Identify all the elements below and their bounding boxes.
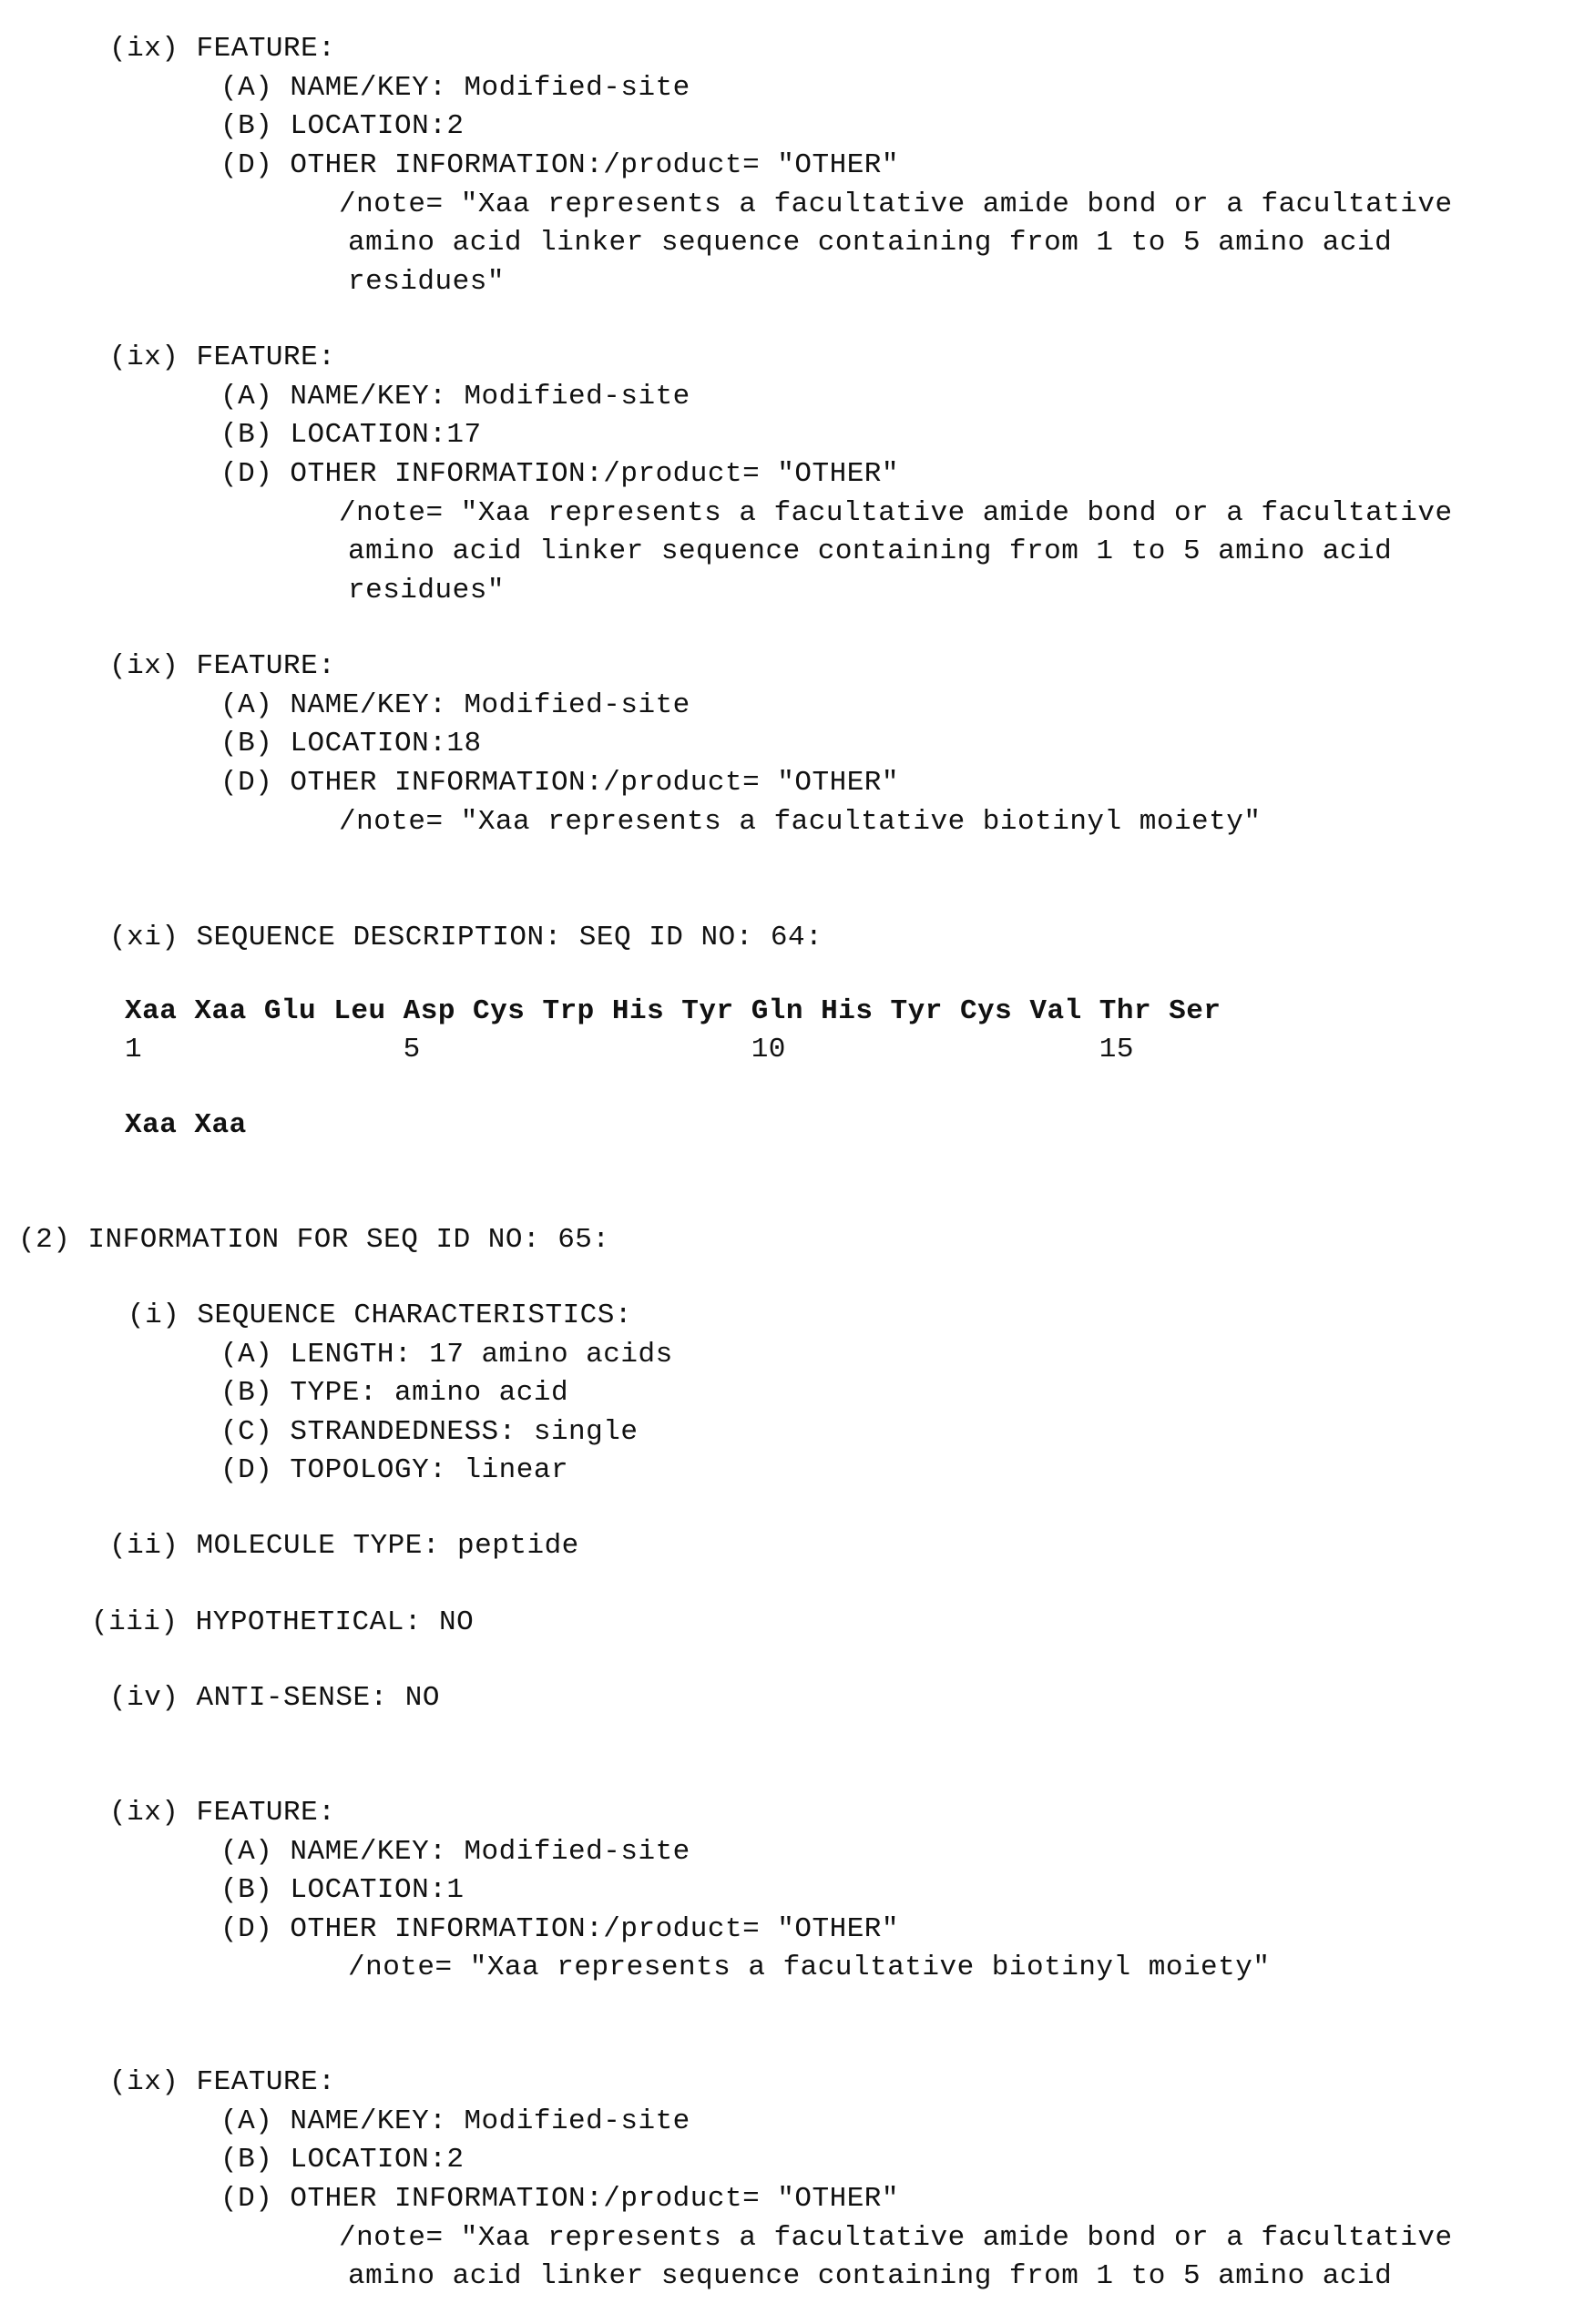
text-line: (B) LOCATION:18 xyxy=(220,728,482,760)
text-line: (B) TYPE: amino acid xyxy=(220,1377,568,1410)
text-line: (D) OTHER INFORMATION:/product= "OTHER" xyxy=(220,1913,899,1946)
text-line: (A) NAME/KEY: Modified-site xyxy=(220,689,690,722)
text-line: (xi) SEQUENCE DESCRIPTION: SEQ ID NO: 64… xyxy=(109,922,823,954)
text-line: (A) LENGTH: 17 amino acids xyxy=(220,1339,673,1371)
text-line: (D) OTHER INFORMATION:/product= "OTHER" xyxy=(220,149,899,182)
text-line: (B) LOCATION:1 xyxy=(220,1874,464,1907)
text-line: amino acid linker sequence containing fr… xyxy=(348,535,1392,568)
text-line: (ii) MOLECULE TYPE: peptide xyxy=(109,1530,579,1563)
text-line: (A) NAME/KEY: Modified-site xyxy=(220,1836,690,1869)
text-line: (i) SEQUENCE CHARACTERISTICS: xyxy=(128,1300,632,1332)
text-line: (ix) FEATURE: xyxy=(109,1797,335,1830)
text-line: /note= "Xaa represents a facultative bio… xyxy=(339,806,1261,839)
text-line: amino acid linker sequence containing fr… xyxy=(348,227,1392,260)
text-line: (A) NAME/KEY: Modified-site xyxy=(220,72,690,105)
text-line: Xaa Xaa xyxy=(125,1109,247,1142)
text-line: (ix) FEATURE: xyxy=(109,33,335,66)
text-line: (D) OTHER INFORMATION:/product= "OTHER" xyxy=(220,458,899,491)
text-line: Xaa Xaa Glu Leu Asp Cys Trp His Tyr Gln … xyxy=(125,995,1221,1028)
text-line: 1 5 10 15 xyxy=(125,1034,1134,1066)
text-line: (2) INFORMATION FOR SEQ ID NO: 65: xyxy=(18,1224,610,1257)
text-line: /note= "Xaa represents a facultative ami… xyxy=(339,2222,1453,2255)
text-line: residues" xyxy=(348,266,505,299)
text-line: /note= "Xaa represents a facultative bio… xyxy=(348,1952,1270,1984)
text-line: (A) NAME/KEY: Modified-site xyxy=(220,381,690,413)
text-line: (C) STRANDEDNESS: single xyxy=(220,1416,638,1449)
text-line: residues" xyxy=(348,575,505,607)
text-line: (B) LOCATION:2 xyxy=(220,2144,464,2176)
text-line: (ix) FEATURE: xyxy=(109,2066,335,2099)
text-line: (D) OTHER INFORMATION:/product= "OTHER" xyxy=(220,2183,899,2216)
text-line: (ix) FEATURE: xyxy=(109,341,335,374)
text-line: (D) TOPOLOGY: linear xyxy=(220,1454,568,1487)
text-line: (B) LOCATION:2 xyxy=(220,110,464,143)
text-line: (iii) HYPOTHETICAL: NO xyxy=(91,1606,474,1639)
text-line: (D) OTHER INFORMATION:/product= "OTHER" xyxy=(220,767,899,800)
text-line: /note= "Xaa represents a facultative ami… xyxy=(339,497,1453,530)
text-line: (ix) FEATURE: xyxy=(109,650,335,683)
text-line: /note= "Xaa represents a facultative ami… xyxy=(339,189,1453,221)
text-line: (iv) ANTI-SENSE: NO xyxy=(109,1682,440,1715)
text-line: (A) NAME/KEY: Modified-site xyxy=(220,2105,690,2138)
text-line: amino acid linker sequence containing fr… xyxy=(348,2260,1392,2293)
text-line: (B) LOCATION:17 xyxy=(220,419,482,452)
